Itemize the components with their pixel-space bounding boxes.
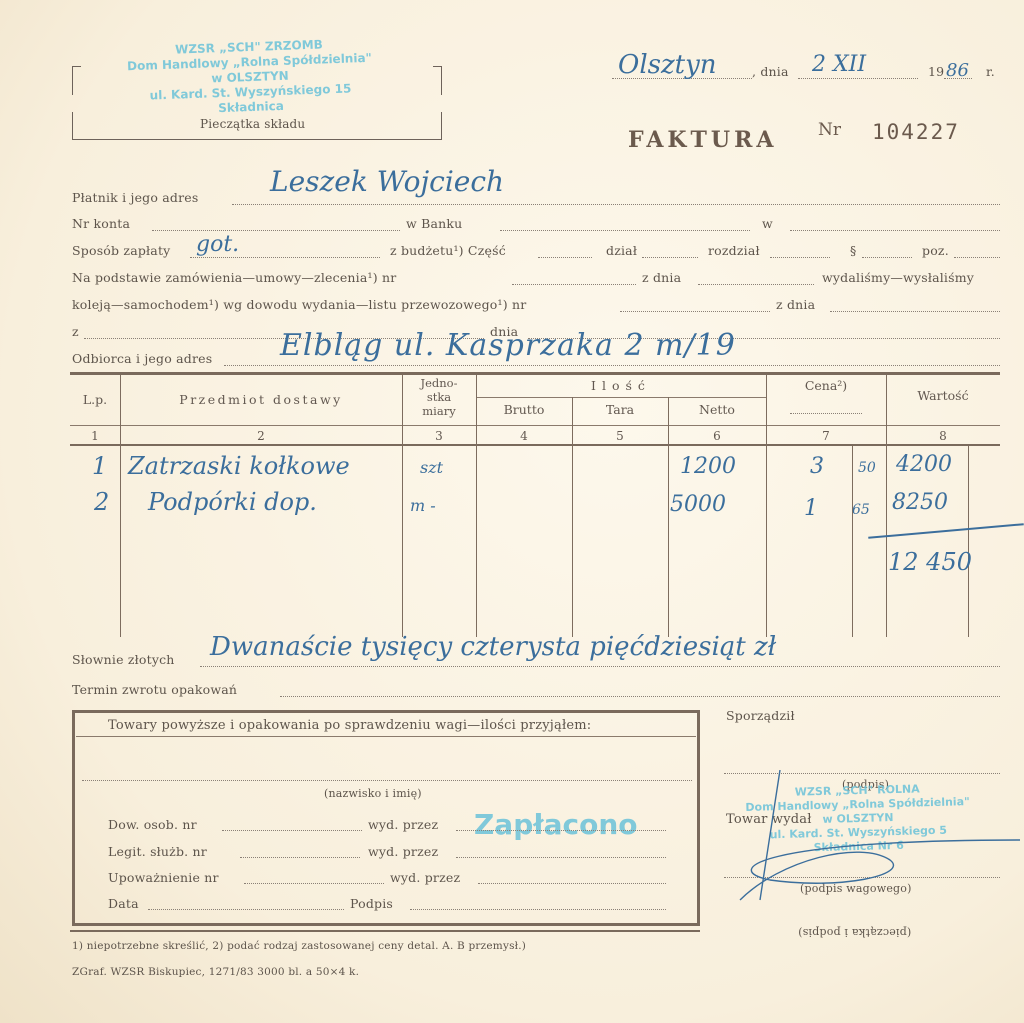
budget-label: z budżetu¹) Część <box>390 243 506 258</box>
year-value: 86 <box>946 60 969 81</box>
invoice-page: WZSR „SCH" ZRZOMB Dom Handlowy „Rolna Sp… <box>0 0 1024 1023</box>
place-value: Olsztyn <box>618 50 717 80</box>
header-tara: Tara <box>572 402 668 417</box>
row-lp: 1 <box>92 452 107 480</box>
account-label: Nr konta <box>72 216 130 231</box>
words-label: Słownie złotych <box>72 652 175 667</box>
header-unit-line: Jedno- <box>402 376 476 390</box>
row-value: 4200 <box>896 452 952 477</box>
header-quantity: Ilość <box>476 378 766 393</box>
dzial-label: dział <box>606 243 637 258</box>
signature-label: Podpis <box>350 896 393 911</box>
from-label: z <box>72 324 79 339</box>
id-label: Dow. osob. nr <box>108 817 197 832</box>
paragraph-label: § <box>850 243 856 258</box>
recipient-field[interactable] <box>224 365 1000 366</box>
order-date-label: z dnia <box>642 270 681 285</box>
stamp-box-label: Pieczątka składu <box>200 117 305 131</box>
col-number: 2 <box>120 429 402 443</box>
header-unit-line: stka <box>402 390 476 404</box>
col-number: 8 <box>886 429 1000 443</box>
id-issued-label: wyd. przez <box>368 817 438 832</box>
col-number: 1 <box>70 429 120 443</box>
row-price-zl: 3 <box>810 454 824 479</box>
words-value: Dwanaście tysięcy czterysta pięćdziesiąt… <box>210 632 776 662</box>
header-brutto: Brutto <box>476 402 572 417</box>
row-netto: 1200 <box>680 454 736 479</box>
receipt-title: Towary powyższe i opakowania po sprawdze… <box>108 718 591 733</box>
header-netto: Netto <box>668 402 766 417</box>
issued-label: wydaliśmy—wysłaliśmy <box>822 270 974 285</box>
return-field[interactable] <box>280 696 1000 697</box>
date-value: 2 XII <box>812 52 866 77</box>
recipient-label: Odbiorca i jego adres <box>72 351 212 366</box>
paid-stamp: Zapłacono <box>474 808 638 841</box>
header-item: Przedmiot dostawy <box>120 392 402 407</box>
invoice-number-prefix: Nr <box>818 120 841 140</box>
bank-field[interactable] <box>500 230 750 231</box>
waybill-date-label: z dnia <box>776 297 815 312</box>
col-number: 5 <box>572 429 668 443</box>
payment-label: Sposób zapłaty <box>72 243 170 258</box>
row-item: Zatrzaski kołkowe <box>128 452 350 480</box>
account-field[interactable] <box>152 230 400 231</box>
row-price-zl: 1 <box>804 496 818 521</box>
date-field-label: Data <box>108 896 139 911</box>
bank-branch-label: w <box>762 216 773 231</box>
service-issued-label: wyd. przez <box>368 844 438 859</box>
payer-field[interactable] <box>232 204 1000 205</box>
transport-label: koleją—samochodem¹) wg dowodu wydania—li… <box>72 297 526 312</box>
col-number: 4 <box>476 429 572 443</box>
invoice-title: FAKTURA <box>628 127 777 153</box>
printer-info: ZGraf. WZSR Biskupiec, 1271/83 3000 bl. … <box>72 966 359 978</box>
row-price-gr: 50 <box>858 460 876 476</box>
header-lp: L.p. <box>70 392 120 407</box>
bank-label: w Banku <box>406 216 462 231</box>
row-unit: szt <box>420 458 443 477</box>
return-label: Termin zwrotu opakowań <box>72 682 237 697</box>
recipient-value: Elbląg ul. Kasprzaka 2 m/19 <box>280 328 736 363</box>
poz-label: poz. <box>922 243 949 258</box>
table-total: 12 450 <box>888 548 972 576</box>
name-caption: (nazwisko i imię) <box>324 787 422 800</box>
payer-value: Leszek Wojciech <box>270 165 504 198</box>
year-suffix: r. <box>986 64 995 79</box>
auth-label: Upoważnienie nr <box>108 870 219 885</box>
invoice-number: 104227 <box>872 120 960 144</box>
header-unit-line: miary <box>402 404 476 418</box>
payment-value: got. <box>196 232 239 257</box>
header-unit: Jedno- stka miary <box>402 376 476 418</box>
col-number: 6 <box>668 429 766 443</box>
row-unit: m - <box>410 496 436 515</box>
row-netto: 5000 <box>670 492 726 517</box>
row-item: Podpórki dop. <box>148 488 317 516</box>
payment-field[interactable] <box>190 257 380 258</box>
auth-issued-label: wyd. przez <box>390 870 460 885</box>
basis-label: Na podstawie zamówienia—umowy—zlecenia¹)… <box>72 270 396 285</box>
warehouse-stamp: WZSR „SCH" ZRZOMB Dom Handlowy „Rolna Sp… <box>99 35 401 120</box>
stamp-caption-inverted: (pieczątka i podpis) <box>798 926 911 939</box>
header-value: Wartość <box>886 388 1000 403</box>
row-price-gr: 65 <box>852 502 870 518</box>
rozdzial-label: rozdział <box>708 243 760 258</box>
col-number: 7 <box>766 429 886 443</box>
service-id-label: Legit. służb. nr <box>108 844 207 859</box>
row-lp: 2 <box>94 488 109 516</box>
col-number: 3 <box>402 429 476 443</box>
footnote: 1) niepotrzebne skreślić, 2) podać rodza… <box>72 940 526 952</box>
date-label: , dnia <box>752 64 789 79</box>
bank-branch-field[interactable] <box>790 230 1000 231</box>
prepared-label: Sporządził <box>726 708 795 723</box>
signature-scribble <box>720 770 1020 920</box>
payer-label: Płatnik i jego adres <box>72 190 199 205</box>
header-price: Cena²) <box>766 378 886 393</box>
row-value: 8250 <box>892 490 948 515</box>
year-prefix: 19 <box>928 64 944 79</box>
